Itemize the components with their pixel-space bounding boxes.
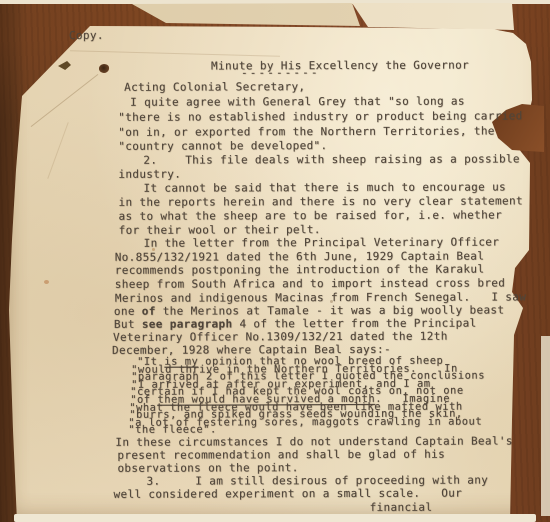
typed-line: No.855/132/1921 dated the 6th June, 1929… [115,251,485,263]
typed-line: In these circumstances I do not understa… [115,435,512,447]
typed-line: "there is no established industry or pro… [118,110,522,122]
typed-line: It cannot be said that there is much to … [143,181,506,193]
typed-line: recommends postponing the introduction o… [115,264,485,276]
typed-line: In the letter from the Principal Veterin… [144,236,500,248]
typed-text-layer: Copy. Minute by His Excellency the Gover… [0,0,550,522]
typed-line: "on in, or exported from the Northern Te… [118,125,495,137]
typed-line: "the fleece". [128,424,217,434]
typed-line: industry. [118,169,181,180]
typed-line: sheep from South Africa and to import in… [115,277,506,289]
typed-line: financial [370,502,433,513]
typed-line: Veterinary Officer No.1309/132/21 dated … [113,331,448,343]
typed-line: "country cannot be developed". [118,140,327,152]
typed-line: for their wool or their pelt. [119,224,321,236]
title-underline: --------- [241,67,320,78]
typed-line: well considered experiment on a small sc… [113,488,462,500]
typed-line: as to what the sheep are to be raised fo… [119,209,503,221]
typed-line: But see paragraph 4 of the letter from t… [114,318,477,330]
typed-line: I quite agree with General Grey that "so… [130,96,465,108]
typed-line: observations on the point. [117,462,298,474]
typed-line: 3. I am still desirous of proceeding wit… [146,475,488,487]
typed-line: present recommendation and shall be glad… [117,449,445,461]
typed-line: Merinos and indigenous Macinas from Fren… [115,291,526,303]
scanned-document-photo: Copy. Minute by His Excellency the Gover… [0,0,550,522]
copy-label: Copy. [69,30,104,41]
typed-line: one of the Merinos at Tamale - it was a … [114,304,505,316]
salutation-line: Acting Colonial Secretary, [124,81,305,93]
typed-line: 2. This file deals with sheep raising as… [143,153,520,165]
typed-line: in the reports herein and there is no ve… [118,195,522,207]
